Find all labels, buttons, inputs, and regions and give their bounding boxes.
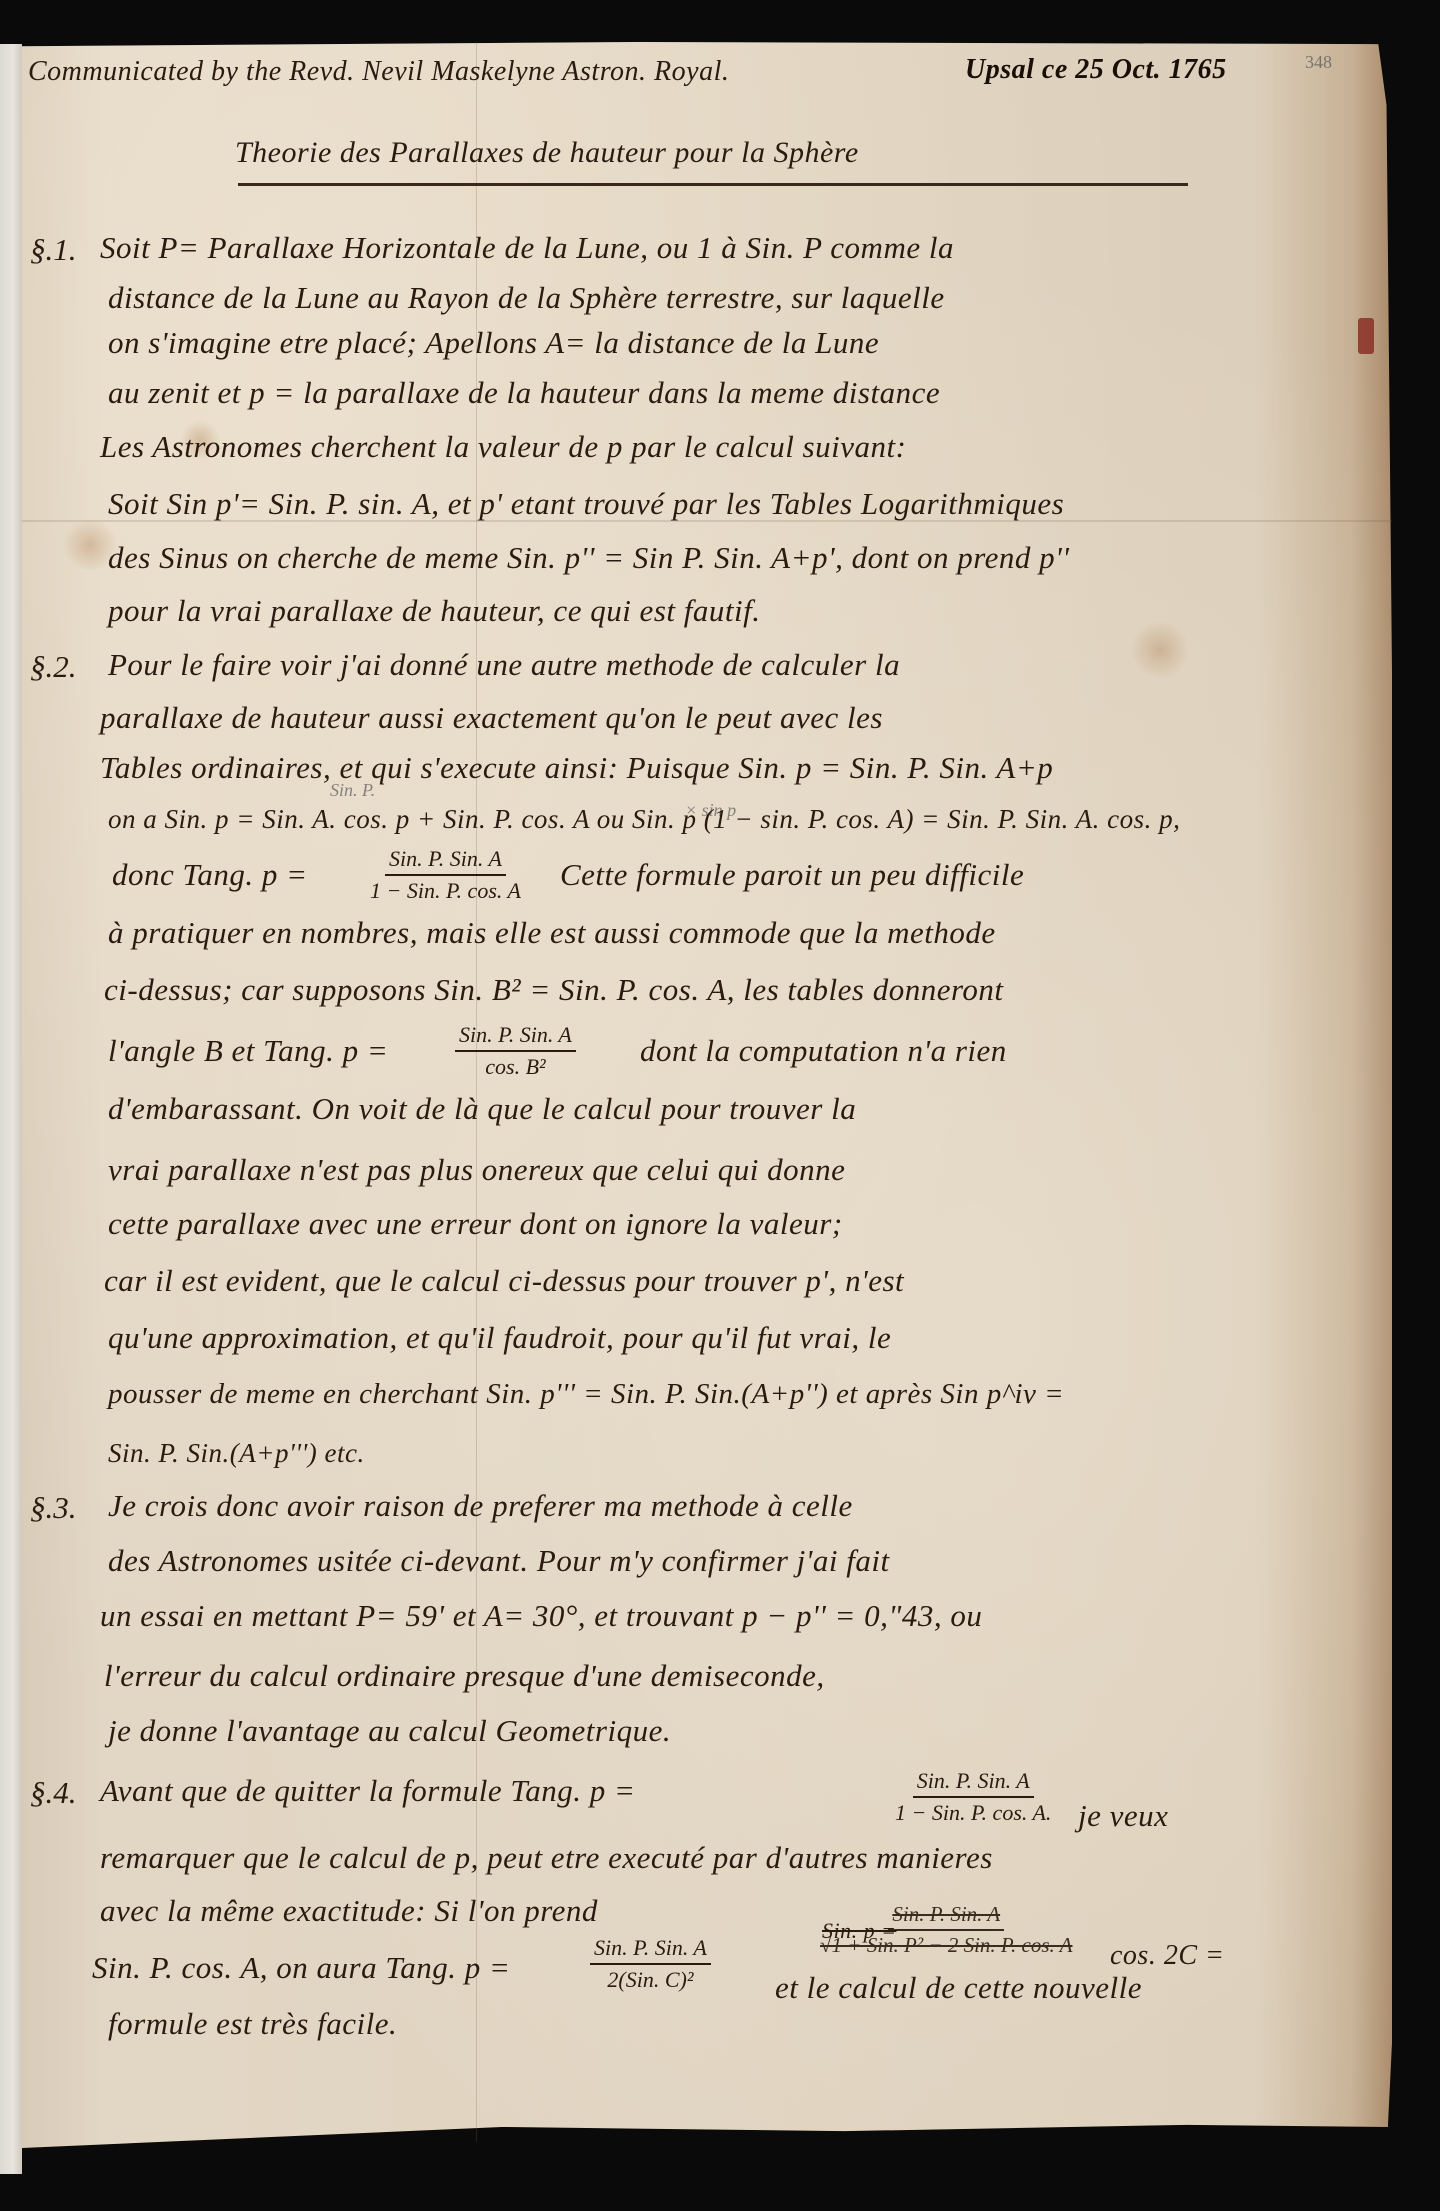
section-2-line: pousser de meme en cherchant Sin. p''' =… bbox=[108, 1380, 1064, 1409]
section-2-line: cette parallaxe avec une erreur dont on … bbox=[108, 1208, 843, 1239]
fraction-tang-p-4: Sin. P. Sin. A 1 − Sin. P. cos. A. bbox=[895, 1768, 1051, 1826]
fraction-tang-p: Sin. P. Sin. A 1 − Sin. P. cos. A bbox=[370, 846, 521, 904]
section-1-line: pour la vrai parallaxe de hauteur, ce qu… bbox=[108, 595, 760, 626]
guard-strip bbox=[0, 44, 22, 2174]
section-4-line: Sin. P. cos. A, on aura Tang. p = bbox=[92, 1952, 510, 1983]
section-marker-1: §.1. bbox=[30, 232, 77, 268]
section-2-line: on a Sin. p = Sin. A. cos. p + Sin. P. c… bbox=[108, 806, 1180, 833]
section-2-line: dont la computation n'a rien bbox=[640, 1035, 1007, 1066]
section-marker-4: §.4. bbox=[30, 1775, 77, 1811]
section-marker-2: §.2. bbox=[30, 649, 77, 685]
fraction-tang-p-b: Sin. P. Sin. A cos. B² bbox=[455, 1022, 576, 1080]
section-2-line: car il est evident, que le calcul ci-des… bbox=[104, 1265, 904, 1296]
section-2-line: d'embarassant. On voit de là que le calc… bbox=[108, 1093, 856, 1124]
pencil-annotation: Sin. P. bbox=[330, 780, 375, 801]
section-2-line: l'angle B et Tang. p = bbox=[108, 1035, 388, 1066]
section-3-line: un essai en mettant P= 59' et A= 30°, et… bbox=[100, 1600, 982, 1631]
section-4-line: Avant que de quitter la formule Tang. p … bbox=[100, 1775, 635, 1806]
fraction-tang-p-sinc: Sin. P. Sin. A 2(Sin. C)² bbox=[590, 1935, 711, 1993]
section-2-line: ci-dessus; car supposons Sin. B² = Sin. … bbox=[104, 974, 1004, 1005]
document-title: Theorie des Parallaxes de hauteur pour l… bbox=[235, 138, 859, 168]
header-place-date: Upsal ce 25 Oct. 1765 bbox=[965, 56, 1227, 84]
section-4-line: et le calcul de cette nouvelle bbox=[775, 1972, 1142, 2003]
section-3-line: l'erreur du calcul ordinaire presque d'u… bbox=[104, 1660, 825, 1691]
section-4-line: avec la même exactitude: Si l'on prend bbox=[100, 1895, 598, 1926]
section-4-line: cos. 2C = bbox=[1110, 1942, 1224, 1970]
section-2-line: Sin. P. Sin.(A+p''') etc. bbox=[108, 1440, 365, 1467]
section-3-line: je donne l'avantage au calcul Geometriqu… bbox=[108, 1715, 671, 1746]
header-communicated-by: Communicated by the Revd. Nevil Maskelyn… bbox=[28, 58, 729, 86]
section-1-line: Soit Sin p'= Sin. P. sin. A, et p' etant… bbox=[108, 488, 1064, 519]
section-2-line: parallaxe de hauteur aussi exactement qu… bbox=[100, 702, 883, 733]
foxing-stain bbox=[1130, 620, 1190, 680]
section-2-line: à pratiquer en nombres, mais elle est au… bbox=[108, 917, 996, 948]
section-2-line: vrai parallaxe n'est pas plus onereux qu… bbox=[108, 1154, 845, 1185]
section-2-line: donc Tang. p = bbox=[112, 859, 308, 890]
section-3-line: des Astronomes usitée ci-devant. Pour m'… bbox=[108, 1545, 890, 1576]
section-1-line: Soit P= Parallaxe Horizontale de la Lune… bbox=[100, 232, 954, 263]
section-4-line: je veux bbox=[1078, 1800, 1168, 1831]
section-4-line: formule est très facile. bbox=[108, 2008, 397, 2039]
section-1-line: distance de la Lune au Rayon de la Sphèr… bbox=[108, 282, 945, 313]
section-2-line: Cette formule paroit un peu difficile bbox=[560, 859, 1024, 890]
section-1-line: on s'imagine etre placé; Apellons A= la … bbox=[108, 327, 879, 358]
struck-out-prefix: Sin. p = bbox=[822, 1920, 896, 1942]
wax-seal-remnant bbox=[1358, 318, 1374, 354]
section-2-line: Tables ordinaires, et qui s'execute ains… bbox=[100, 752, 1053, 783]
section-2-line: qu'une approximation, et qu'il faudroit,… bbox=[108, 1322, 891, 1353]
section-1-line: des Sinus on cherche de meme Sin. p'' = … bbox=[108, 542, 1069, 573]
section-3-line: Je crois donc avoir raison de preferer m… bbox=[108, 1490, 853, 1521]
page-number: 348 bbox=[1305, 52, 1332, 73]
section-2-line: Pour le faire voir j'ai donné une autre … bbox=[108, 649, 900, 680]
section-1-line: Les Astronomes cherchent la valeur de p … bbox=[100, 431, 906, 462]
title-underline bbox=[238, 183, 1188, 186]
section-marker-3: §.3. bbox=[30, 1490, 77, 1526]
section-4-line: remarquer que le calcul de p, peut etre … bbox=[100, 1842, 993, 1873]
section-1-line: au zenit et p = la parallaxe de la haute… bbox=[108, 377, 940, 408]
